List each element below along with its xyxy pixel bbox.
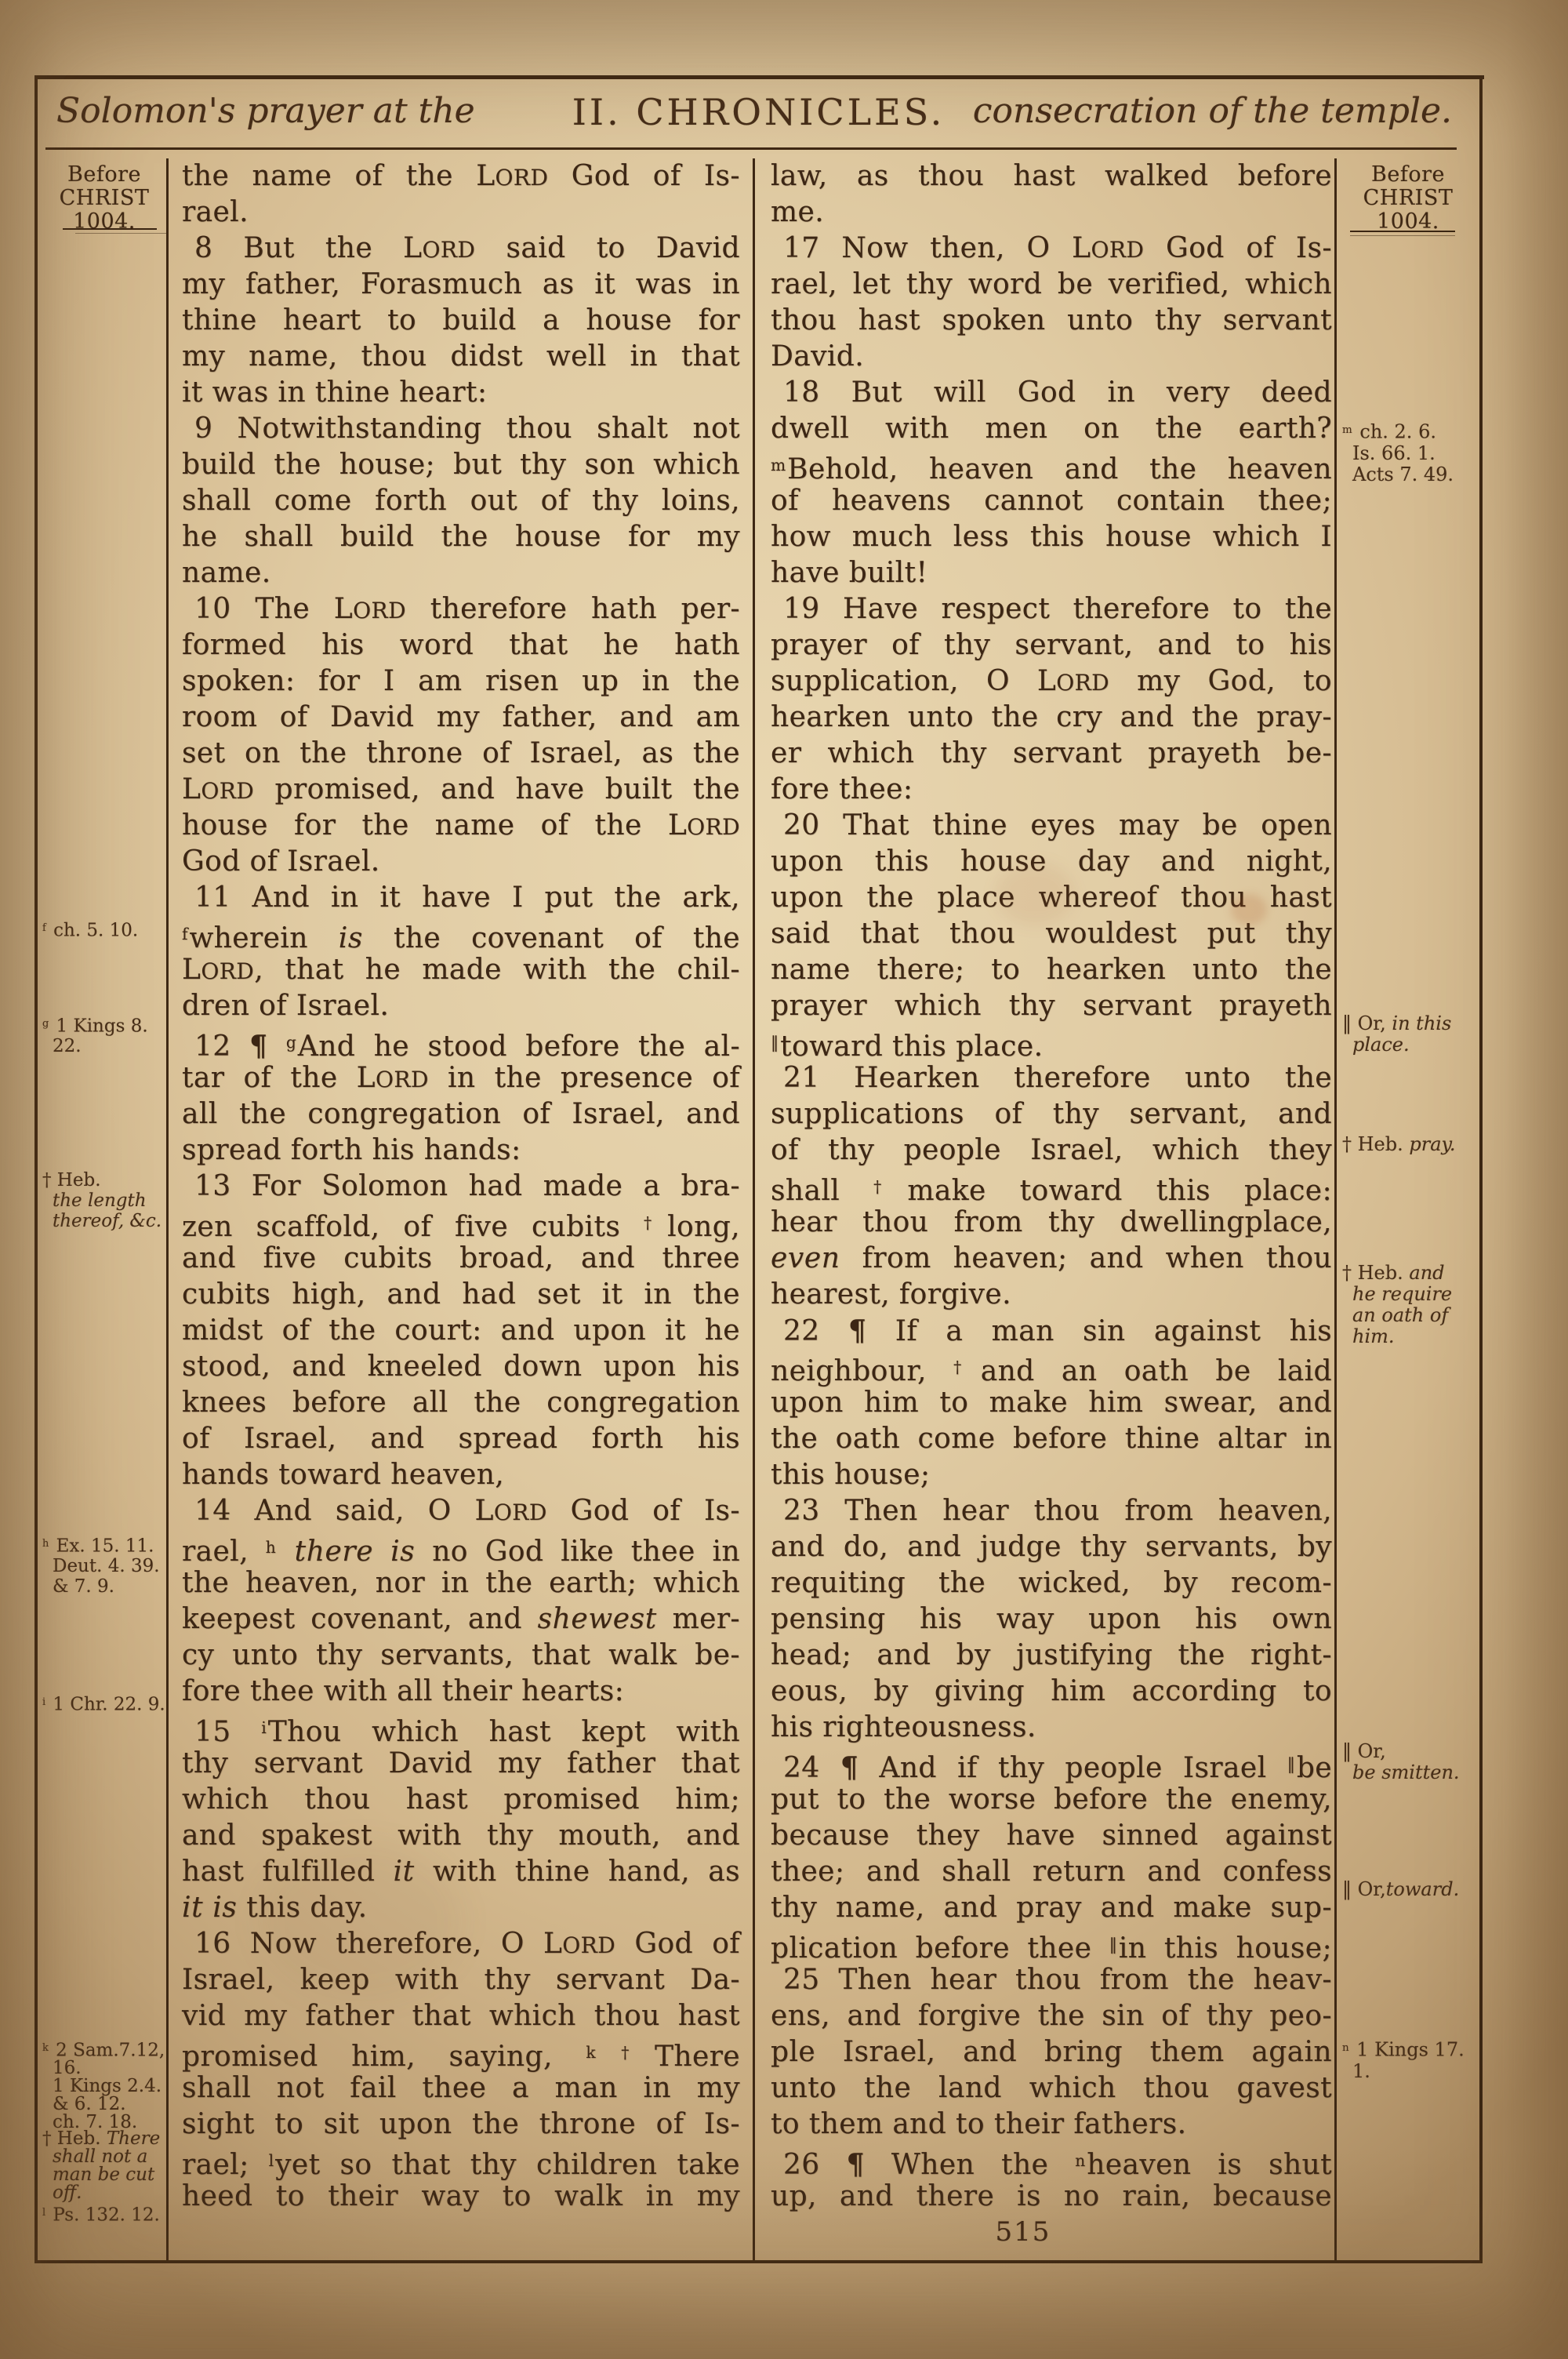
body-line: thine heart to build a house for bbox=[182, 303, 740, 339]
margin-note-line: m ch. 2. 6. bbox=[1342, 420, 1480, 443]
body-line: ple Israel, and bring them again bbox=[771, 2034, 1332, 2070]
body-line: even from heaven; and when thou bbox=[771, 1241, 1332, 1277]
body-line: er which thy servant prayeth be- bbox=[771, 736, 1332, 772]
margin-note-line: Is. 66. 1. bbox=[1352, 443, 1480, 464]
margin-note-line: 1. bbox=[1352, 2061, 1480, 2082]
body-line: fore thee with all their hearts: bbox=[182, 1674, 740, 1710]
before-christ-line: CHRIST bbox=[45, 187, 163, 210]
body-line: 10 The LORD therefore hath per- bbox=[182, 591, 740, 627]
margin-note-line: an oath of bbox=[1352, 1305, 1480, 1326]
body-line: 13 For Solomon had made a bra- bbox=[182, 1169, 740, 1205]
body-line: sight to sit upon the throne of Is- bbox=[182, 2106, 740, 2143]
margin-note-line: 22. bbox=[53, 1036, 166, 1056]
margin-note: g 1 Kings 8.22. bbox=[42, 1014, 166, 1056]
before-christ-right-rule-2 bbox=[1350, 235, 1455, 236]
body-line: rael, let thy word be verified, which bbox=[771, 267, 1332, 303]
body-line: to them and to their fathers. bbox=[771, 2106, 1332, 2143]
margin-note-line: him. bbox=[1352, 1326, 1480, 1347]
body-line: upon this house day and night, bbox=[771, 844, 1332, 880]
body-line: he shall build the house for my bbox=[182, 519, 740, 555]
body-line: my name, thou didst well in that bbox=[182, 339, 740, 375]
margin-note: † Heb.the lengththereof, &c. bbox=[42, 1170, 166, 1231]
margin-note-line: n 1 Kings 17. bbox=[1342, 2037, 1480, 2061]
body-line: spoken: for I am risen up in the bbox=[182, 663, 740, 700]
body-line: zen scaffold, of five cubits †long, bbox=[182, 1205, 740, 1241]
body-line: promised him, saying, k†There bbox=[182, 2034, 740, 2070]
body-line: rael, h there is no God like thee in bbox=[182, 1529, 740, 1565]
margin-note: † Heb. pray. bbox=[1342, 1134, 1480, 1155]
body-line: 11 And in it have I put the ark, bbox=[182, 880, 740, 916]
body-line: 25 Then hear thou from the heav- bbox=[771, 1962, 1332, 1998]
margin-note: n 1 Kings 17.1. bbox=[1342, 2037, 1480, 2082]
body-line: said that thou wouldest put thy bbox=[771, 916, 1332, 952]
header-rule bbox=[45, 147, 1457, 150]
margin-note-line: k 2 Sam.7.12, bbox=[42, 2039, 166, 2059]
body-line: of heavens cannot contain thee; bbox=[771, 483, 1332, 519]
body-line: head; and by justifying the right- bbox=[771, 1637, 1332, 1674]
body-line: formed his word that he hath bbox=[182, 627, 740, 663]
body-line: 20 That thine eyes may be open bbox=[771, 808, 1332, 844]
margin-note: f ch. 5. 10. bbox=[42, 918, 166, 940]
body-line: hearken unto the cry and the pray- bbox=[771, 700, 1332, 736]
margin-note-line: h Ex. 15. 11. bbox=[42, 1534, 166, 1556]
body-line: cy unto thy servants, that walk be- bbox=[182, 1637, 740, 1674]
body-line: stood, and kneeled down upon his bbox=[182, 1349, 740, 1385]
margin-note-line: & 7. 9. bbox=[53, 1576, 166, 1597]
margin-note: i 1 Chr. 22. 9. bbox=[42, 1692, 166, 1714]
body-line: 14 And said, O LORD God of Is- bbox=[182, 1493, 740, 1529]
body-line: which thou hast promised him; bbox=[182, 1782, 740, 1818]
margin-note-line: the length bbox=[53, 1190, 166, 1211]
body-line: how much less this house which I bbox=[771, 519, 1332, 555]
before-christ-line: Before bbox=[45, 163, 163, 187]
body-line: up, and there is no rain, because bbox=[771, 2179, 1332, 2215]
body-line: of Israel, and spread forth his bbox=[182, 1421, 740, 1457]
body-line: 8 But the LORD said to David bbox=[182, 231, 740, 267]
body-line: dwell with men on the earth? bbox=[771, 411, 1332, 447]
body-line: tar of the LORD in the presence of bbox=[182, 1060, 740, 1096]
margin-note-line: † Heb. pray. bbox=[1342, 1134, 1480, 1155]
before-christ-line: CHRIST bbox=[1338, 187, 1479, 210]
margin-note-line: † Heb. There bbox=[42, 2130, 166, 2148]
body-line: it was in thine heart: bbox=[182, 375, 740, 411]
body-line: and five cubits broad, and three bbox=[182, 1241, 740, 1277]
margin-note: ‖ Or, in thisplace. bbox=[1342, 1013, 1480, 1056]
body-line: name there; to hearken unto the bbox=[771, 952, 1332, 988]
before-christ-label-left: Before CHRIST 1004. bbox=[45, 163, 163, 234]
margin-note-line: † Heb. bbox=[42, 1170, 166, 1190]
body-line: and spakest with thy mouth, and bbox=[182, 1818, 740, 1854]
body-line: vid my father that which thou hast bbox=[182, 1998, 740, 2034]
body-line: thou hast spoken unto thy servant bbox=[771, 303, 1332, 339]
body-line: 24 ¶ And if thy people Israel ‖be bbox=[771, 1746, 1332, 1782]
body-line: this house; bbox=[771, 1457, 1332, 1493]
body-line: knees before all the congregation bbox=[182, 1385, 740, 1421]
body-line: mBehold, heaven and the heaven bbox=[771, 447, 1332, 483]
body-line: fwherein is the covenant of the bbox=[182, 916, 740, 952]
margin-note-line: shall not a bbox=[53, 2148, 166, 2166]
margin-note: l Ps. 132. 12. bbox=[42, 2204, 166, 2224]
body-line: the oath come before thine altar in bbox=[771, 1421, 1332, 1457]
body-line: law, as thou hast walked before bbox=[771, 158, 1332, 194]
margin-note-line: i 1 Chr. 22. 9. bbox=[42, 1692, 166, 1714]
body-line: rael; lyet so that thy children take bbox=[182, 2143, 740, 2179]
body-column-left: the name of the LORD God of Is-rael.8 Bu… bbox=[182, 158, 740, 2215]
margin-note: k 2 Sam.7.12,16.1 Kings 2.4.& 6. 12.ch. … bbox=[42, 2039, 166, 2132]
body-line: room of David my father, and am bbox=[182, 700, 740, 736]
margin-note-line: † Heb. and bbox=[1342, 1263, 1480, 1284]
margin-note-line: Acts 7. 49. bbox=[1352, 464, 1480, 485]
margin-note-line: & 6. 12. bbox=[53, 2095, 166, 2114]
body-line: supplications of thy servant, and bbox=[771, 1096, 1332, 1132]
body-line: set on the throne of Israel, as the bbox=[182, 736, 740, 772]
margin-note-line: g 1 Kings 8. bbox=[42, 1014, 166, 1036]
margin-note-line: 1 Kings 2.4. bbox=[53, 2077, 166, 2095]
body-line: eous, by giving him according to bbox=[771, 1674, 1332, 1710]
body-line: 16 Now therefore, O LORD God of bbox=[182, 1926, 740, 1962]
body-line: midst of the court: and upon it he bbox=[182, 1313, 740, 1349]
margin-note: m ch. 2. 6.Is. 66. 1.Acts 7. 49. bbox=[1342, 420, 1480, 485]
body-line: 15 iThou which hast kept with bbox=[182, 1710, 740, 1746]
body-line: prayer which thy servant prayeth bbox=[771, 988, 1332, 1024]
margin-note-line: man be cut bbox=[53, 2166, 166, 2184]
body-line: dren of Israel. bbox=[182, 988, 740, 1024]
body-line: hands toward heaven, bbox=[182, 1457, 740, 1493]
body-line: shall come forth out of thy loins, bbox=[182, 483, 740, 519]
page-number: 515 bbox=[972, 2216, 1074, 2248]
margin-note-line: he require bbox=[1352, 1284, 1480, 1305]
body-line: hear thou from thy dwellingplace, bbox=[771, 1205, 1332, 1241]
body-line: of thy people Israel, which they bbox=[771, 1132, 1332, 1169]
body-line: shall †make toward this place: bbox=[771, 1169, 1332, 1205]
body-line: cubits high, and had set it in the bbox=[182, 1277, 740, 1313]
body-line: 22 ¶ If a man sin against his bbox=[771, 1313, 1332, 1349]
margin-note: ‖ Or,toward. bbox=[1342, 1879, 1480, 1900]
body-line: Israel, keep with thy servant Da- bbox=[182, 1962, 740, 1998]
body-line: supplication, O LORD my God, to bbox=[771, 663, 1332, 700]
body-line: it is this day. bbox=[182, 1890, 740, 1926]
margin-note-line: ‖ Or, bbox=[1342, 1741, 1480, 1762]
body-line: heed to their way to walk in my bbox=[182, 2179, 740, 2215]
body-line: and do, and judge thy servants, by bbox=[771, 1529, 1332, 1565]
body-line: shall not fail thee a man in my bbox=[182, 2070, 740, 2106]
body-line: LORD, that he made with the chil- bbox=[182, 952, 740, 988]
body-line: prayer of thy servant, and to his bbox=[771, 627, 1332, 663]
page-frame-left-rule bbox=[34, 75, 38, 2263]
body-line: God of Israel. bbox=[182, 844, 740, 880]
margin-note: ‖ Or,be smitten. bbox=[1342, 1741, 1480, 1783]
body-line: the heaven, nor in the earth; which bbox=[182, 1565, 740, 1601]
scanned-bible-page: { "header": { "left": "Solomon's prayer … bbox=[0, 0, 1568, 2359]
body-line: hast fulfilled it with thine hand, as bbox=[182, 1854, 740, 1890]
page-frame-top-rule bbox=[34, 75, 1484, 79]
body-line: David. bbox=[771, 339, 1332, 375]
body-line: upon him to make him swear, and bbox=[771, 1385, 1332, 1421]
margin-note: h Ex. 15. 11.Deut. 4. 39.& 7. 9. bbox=[42, 1534, 166, 1597]
body-line: requiting the wicked, by recom- bbox=[771, 1565, 1332, 1601]
body-line: LORD promised, and have built the bbox=[182, 772, 740, 808]
margin-note: † Heb. Thereshall not aman be cutoff. bbox=[42, 2130, 166, 2202]
margin-note-line: place. bbox=[1352, 1034, 1480, 1056]
body-line: build the house; but thy son which bbox=[182, 447, 740, 483]
body-line: name. bbox=[182, 555, 740, 591]
margin-note-line: f ch. 5. 10. bbox=[42, 918, 166, 940]
column-divider bbox=[753, 158, 755, 2260]
body-line: unto the land which thou gavest bbox=[771, 2070, 1332, 2106]
body-line: all the congregation of Israel, and bbox=[182, 1096, 740, 1132]
body-line: upon the place whereof thou hast bbox=[771, 880, 1332, 916]
before-christ-label-right: Before CHRIST 1004. bbox=[1338, 163, 1479, 234]
body-line: 19 Have respect therefore to the bbox=[771, 591, 1332, 627]
page-frame-bottom-rule bbox=[34, 2260, 1483, 2263]
body-line: 17 Now then, O LORD God of Is- bbox=[771, 231, 1332, 267]
body-line: my father, Forasmuch as it was in bbox=[182, 267, 740, 303]
body-column-right: law, as thou hast walked beforeme.17 Now… bbox=[771, 158, 1332, 2215]
body-line: the name of the LORD God of Is- bbox=[182, 158, 740, 194]
body-line: spread forth his hands: bbox=[182, 1132, 740, 1169]
body-line: house for the name of the LORD bbox=[182, 808, 740, 844]
body-line: me. bbox=[771, 194, 1332, 231]
before-christ-line: 1004. bbox=[1338, 210, 1479, 234]
margin-note-line: l Ps. 132. 12. bbox=[42, 2204, 166, 2224]
margin-note-line: off. bbox=[53, 2184, 166, 2202]
margin-note-line: ‖ Or, in this bbox=[1342, 1013, 1480, 1034]
body-line: fore thee: bbox=[771, 772, 1332, 808]
body-line: plication before thee ‖in this house; bbox=[771, 1926, 1332, 1962]
margin-note-line: Deut. 4. 39. bbox=[53, 1556, 166, 1576]
body-line: rael. bbox=[182, 194, 740, 231]
body-line: ‖toward this place. bbox=[771, 1024, 1332, 1060]
page-frame-right-rule bbox=[1479, 75, 1483, 2263]
body-line: his righteousness. bbox=[771, 1710, 1332, 1746]
before-christ-line: 1004. bbox=[45, 210, 163, 234]
body-line: because they have sinned against bbox=[771, 1818, 1332, 1854]
body-line: 26 ¶ When the nheaven is shut bbox=[771, 2143, 1332, 2179]
margin-note-line: thereof, &c. bbox=[53, 1211, 166, 1231]
body-line: 23 Then hear thou from heaven, bbox=[771, 1493, 1332, 1529]
before-christ-line: Before bbox=[1338, 163, 1479, 187]
margin-note-line: ‖ Or,toward. bbox=[1342, 1879, 1480, 1900]
body-line: have built! bbox=[771, 555, 1332, 591]
body-line: 18 But will God in very deed bbox=[771, 375, 1332, 411]
body-line: thee; and shall return and confess bbox=[771, 1854, 1332, 1890]
body-line: thy servant David my father that bbox=[182, 1746, 740, 1782]
body-line: thy name, and pray and make sup- bbox=[771, 1890, 1332, 1926]
running-head-right: consecration of the temple. bbox=[973, 91, 1452, 131]
body-line: 12 ¶ gAnd he stood before the al- bbox=[182, 1024, 740, 1060]
margin-note-line: be smitten. bbox=[1352, 1762, 1480, 1783]
body-line: 21 Hearken therefore unto the bbox=[771, 1060, 1332, 1096]
body-line: 9 Notwithstanding thou shalt not bbox=[182, 411, 740, 447]
margin-note-line: 16. bbox=[53, 2059, 166, 2077]
left-margin-divider bbox=[166, 158, 169, 2260]
body-line: neighbour, †and an oath be laid bbox=[771, 1349, 1332, 1385]
body-line: hearest, forgive. bbox=[771, 1277, 1332, 1313]
body-line: put to the worse before the enemy, bbox=[771, 1782, 1332, 1818]
body-line: pensing his way upon his own bbox=[771, 1601, 1332, 1637]
body-line: keepest covenant, and shewest mer- bbox=[182, 1601, 740, 1637]
right-margin-divider bbox=[1334, 158, 1337, 2260]
body-line: ens, and forgive the sin of thy peo- bbox=[771, 1998, 1332, 2034]
margin-note: † Heb. andhe requirean oath ofhim. bbox=[1342, 1263, 1480, 1347]
